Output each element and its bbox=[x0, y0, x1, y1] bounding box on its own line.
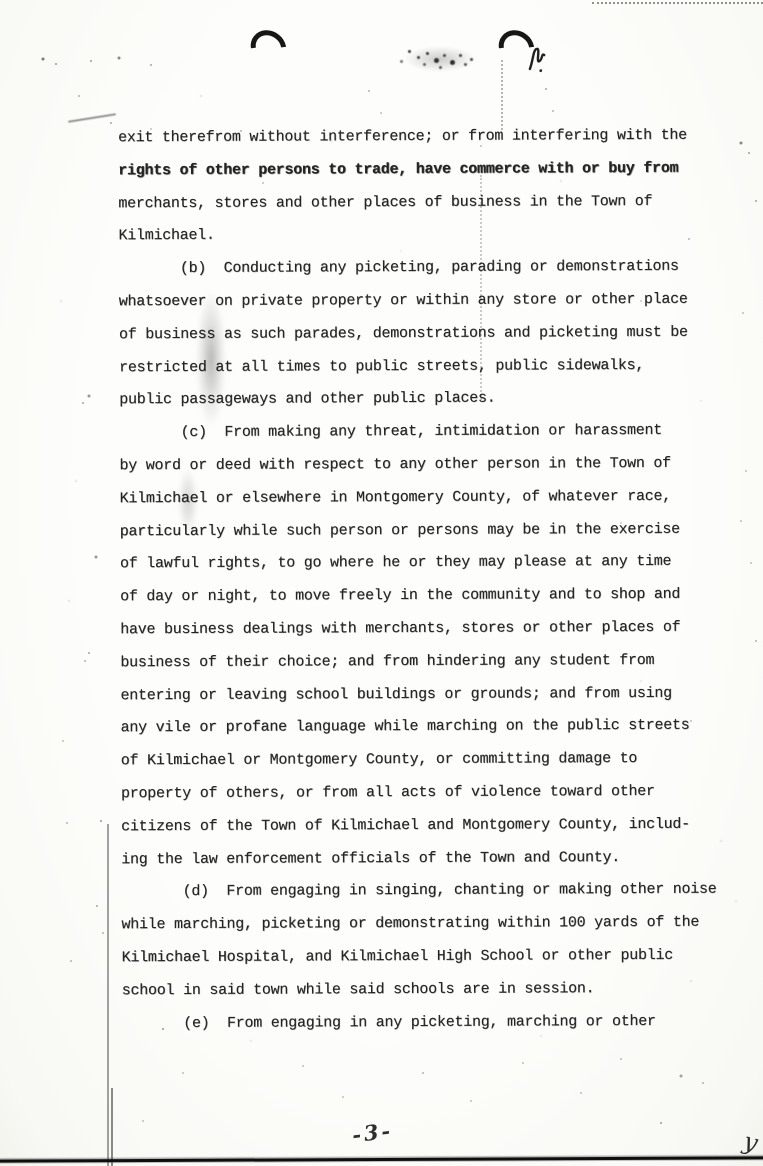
left-margin-scan-line bbox=[111, 1088, 113, 1166]
text-line: whatsoever on private property or within… bbox=[119, 283, 763, 319]
text-line: of business as such parades, demonstrati… bbox=[119, 316, 763, 352]
text-line: exit therefrom without interference; or … bbox=[118, 119, 763, 155]
scanned-document-page: exit therefrom without interference; or … bbox=[0, 0, 763, 1166]
left-margin-scan-line bbox=[107, 824, 109, 1166]
bottom-scan-edge bbox=[0, 1156, 763, 1162]
text-line: citizens of the Town of Kilmichael and M… bbox=[121, 808, 763, 844]
ink-speck-cluster bbox=[408, 50, 411, 53]
paragraph-d-start-line: (d) From engaging in singing, chanting o… bbox=[121, 874, 763, 910]
text-line: have business dealings with merchants, s… bbox=[120, 611, 763, 647]
text-line: public passageways and other public plac… bbox=[119, 382, 763, 418]
text-line: ing the law enforcement officials of the… bbox=[121, 841, 763, 877]
text-line: Kilmichael. bbox=[118, 218, 763, 254]
text-line: property of others, or from all acts of … bbox=[121, 775, 763, 811]
paragraph-e-start-line: (e) From engaging in any picketing, marc… bbox=[122, 1005, 763, 1041]
handwritten-corner-mark: y bbox=[741, 1127, 761, 1157]
text-line: by word or deed with respect to any othe… bbox=[119, 447, 763, 483]
paragraph-c-start-line: (c) From making any threat, intimidation… bbox=[119, 415, 763, 451]
text-line: Kilmichael Hospital, and Kilmichael High… bbox=[122, 939, 763, 975]
text-line: restricted at all times to public street… bbox=[119, 349, 763, 385]
document-body: exit therefrom without interference; or … bbox=[118, 119, 763, 1040]
scan-dot-trail bbox=[501, 60, 503, 130]
paragraph-b-start-line: (b) Conducting any picketing, parading o… bbox=[119, 251, 763, 287]
stray-pen-mark bbox=[526, 45, 549, 80]
scan-speckle-layer-light bbox=[0, 0, 2, 2]
page-number: -3- bbox=[351, 1118, 395, 1148]
binder-clip-arc-left bbox=[244, 23, 293, 72]
ink-smudge-top bbox=[404, 46, 476, 72]
text-line: any vile or profane language while march… bbox=[121, 710, 763, 746]
text-line: while marching, picketing or demonstrati… bbox=[121, 907, 763, 943]
pencil-dash-mark bbox=[68, 113, 116, 122]
text-line: of Kilmichael or Montgomery County, or c… bbox=[121, 743, 763, 779]
text-line: of lawful rights, to go where he or they… bbox=[120, 546, 763, 582]
text-line: of day or night, to move freely in the c… bbox=[120, 579, 763, 615]
text-line: rights of other persons to trade, have c… bbox=[118, 152, 763, 188]
text-line: business of their choice; and from hinde… bbox=[120, 644, 763, 680]
text-line: Kilmichael or elsewhere in Montgomery Co… bbox=[120, 480, 763, 516]
perforation-dots bbox=[592, 2, 763, 4]
text-line: particularly while such person or person… bbox=[120, 513, 763, 549]
text-line: school in said town while said schools a… bbox=[122, 972, 763, 1008]
text-line: merchants, stores and other places of bu… bbox=[118, 185, 763, 221]
text-line: entering or leaving school buildings or … bbox=[120, 677, 763, 713]
